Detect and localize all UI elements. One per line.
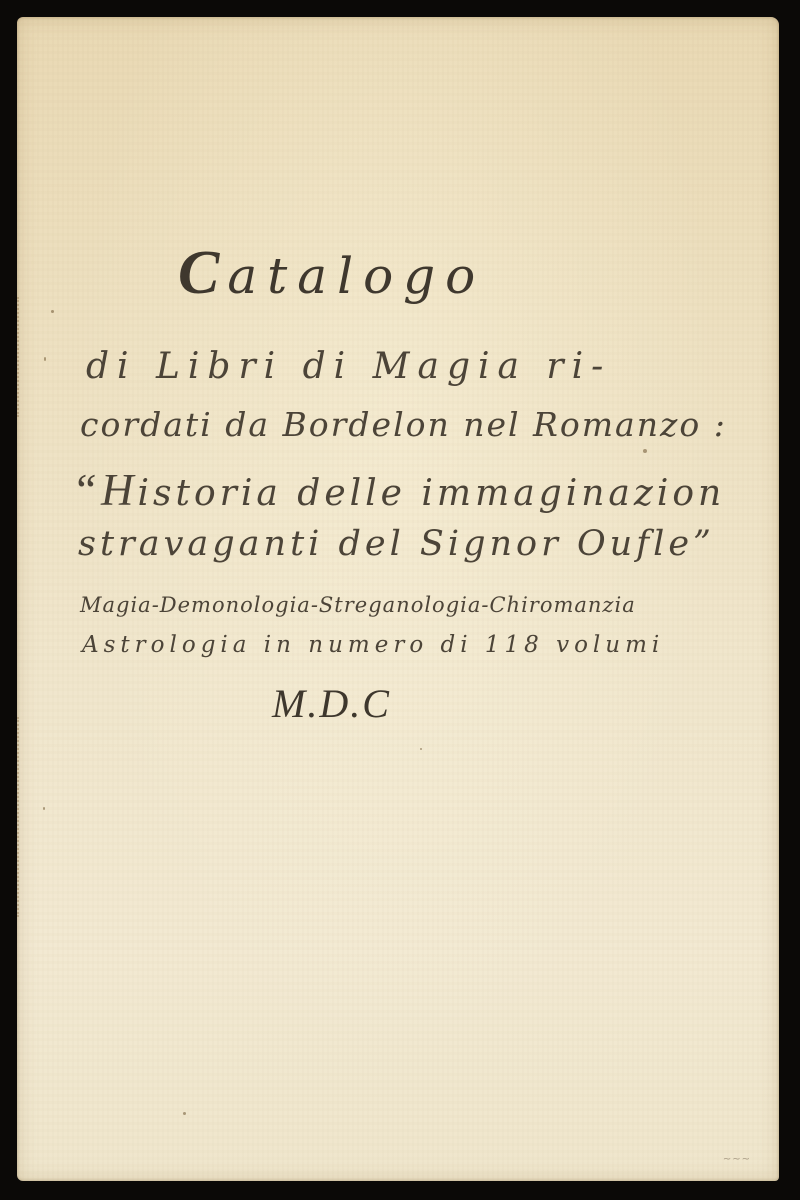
paper-edge-foxing (17, 717, 29, 917)
title-initial: C (178, 239, 227, 307)
catalog-title: Catalogo (178, 238, 485, 309)
foxing-spot (183, 1112, 186, 1115)
author-monogram: M.D.C (272, 680, 391, 727)
foxing-spot (420, 748, 422, 750)
foxing-spot (44, 357, 46, 361)
title-line-4: stravaganti del Signor Oufle” (78, 524, 715, 564)
title-line-3: “Historia delle immaginazion (72, 464, 725, 516)
subject-list: Magia-Demonologia-Streganologia-Chiroman… (80, 593, 636, 617)
scanned-page: ~~~ Catalogo di Libri di Magia ri- corda… (0, 0, 800, 1200)
line-3-text: istoria delle immaginazion (138, 473, 726, 514)
line-3-initial: “H (72, 465, 138, 515)
foxing-spot (51, 310, 54, 313)
paper-edge-foxing (17, 297, 29, 417)
title-line-2: cordati da Bordelon nel Romanzo : (80, 405, 727, 444)
title-line-1: di Libri di Magia ri- (86, 346, 611, 387)
volume-count: Astrologia in numero di 118 volumi (82, 632, 664, 658)
ink-dot (643, 449, 647, 453)
foxing-spot (43, 807, 45, 810)
faint-pencil-mark: ~~~ (723, 1154, 751, 1165)
title-rest: atalogo (227, 247, 485, 305)
